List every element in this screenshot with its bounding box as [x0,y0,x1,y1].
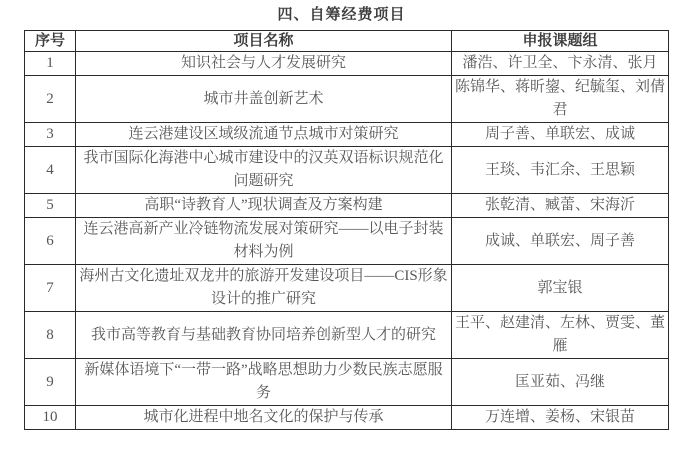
cell-project: 我市高等教育与基础教育协同培养创新型人才的研究 [76,312,452,359]
cell-no: 1 [25,52,76,76]
cell-group: 张乾清、臧蕾、宋海沂 [452,194,669,218]
table-row: 2 城市井盖创新艺术 陈锦华、蒋昕鋆、纪毓玺、刘倩君 [25,76,669,123]
cell-group: 潘浩、许卫全、卞永清、张月 [452,52,669,76]
self-funded-projects-table: 序号 项目名称 申报课题组 1 知识社会与人才发展研究 潘浩、许卫全、卞永清、张… [24,30,669,430]
document-page: 四、自筹经费项目 序号 项目名称 申报课题组 1 知识社会与人才发展研究 潘浩、… [0,0,682,461]
table-row: 4 我市国际化海港中心城市建设中的汉英双语标识规范化问题研究 王琰、韦汇余、王思… [25,147,669,194]
page-title: 四、自筹经费项目 [24,3,659,24]
header-cell-project: 项目名称 [76,31,452,52]
table-row: 1 知识社会与人才发展研究 潘浩、许卫全、卞永清、张月 [25,52,669,76]
cell-group: 万连增、姜杨、宋银苗 [452,406,669,430]
header-cell-no: 序号 [25,31,76,52]
table-row: 8 我市高等教育与基础教育协同培养创新型人才的研究 王平、赵建清、左林、贾雯、董… [25,312,669,359]
cell-no: 9 [25,359,76,406]
cell-no: 6 [25,218,76,265]
cell-group: 王平、赵建清、左林、贾雯、董雁 [452,312,669,359]
cell-project: 连云港建设区域级流通节点城市对策研究 [76,123,452,147]
cell-no: 10 [25,406,76,430]
cell-group: 郭宝银 [452,265,669,312]
cell-project: 高职“诗教育人”现状调查及方案构建 [76,194,452,218]
cell-no: 5 [25,194,76,218]
document-body: 四、自筹经费项目 序号 项目名称 申报课题组 1 知识社会与人才发展研究 潘浩、… [24,0,659,430]
table-row: 7 海州古文化遗址双龙井的旅游开发建设项目——CIS形象设计的推广研究 郭宝银 [25,265,669,312]
cell-project: 知识社会与人才发展研究 [76,52,452,76]
table-row: 5 高职“诗教育人”现状调查及方案构建 张乾清、臧蕾、宋海沂 [25,194,669,218]
cell-no: 7 [25,265,76,312]
cell-no: 8 [25,312,76,359]
cell-group: 周子善、单联宏、成诚 [452,123,669,147]
cell-no: 2 [25,76,76,123]
cell-group: 匡亚茹、冯继 [452,359,669,406]
cell-project: 城市化进程中地名文化的保护与传承 [76,406,452,430]
header-row: 序号 项目名称 申报课题组 [25,31,669,52]
table-row: 9 新媒体语境下“一带一路”战略思想助力少数民族志愿服务 匡亚茹、冯继 [25,359,669,406]
cell-project: 新媒体语境下“一带一路”战略思想助力少数民族志愿服务 [76,359,452,406]
cell-group: 王琰、韦汇余、王思颖 [452,147,669,194]
table-row: 6 连云港高新产业冷链物流发展对策研究——以电子封装材料为例 成诚、单联宏、周子… [25,218,669,265]
cell-no: 3 [25,123,76,147]
cell-group: 成诚、单联宏、周子善 [452,218,669,265]
cell-no: 4 [25,147,76,194]
cell-project: 城市井盖创新艺术 [76,76,452,123]
header-cell-group: 申报课题组 [452,31,669,52]
table-row: 10 城市化进程中地名文化的保护与传承 万连增、姜杨、宋银苗 [25,406,669,430]
cell-project: 连云港高新产业冷链物流发展对策研究——以电子封装材料为例 [76,218,452,265]
cell-project: 我市国际化海港中心城市建设中的汉英双语标识规范化问题研究 [76,147,452,194]
cell-group: 陈锦华、蒋昕鋆、纪毓玺、刘倩君 [452,76,669,123]
table-row: 3 连云港建设区域级流通节点城市对策研究 周子善、单联宏、成诚 [25,123,669,147]
cell-project: 海州古文化遗址双龙井的旅游开发建设项目——CIS形象设计的推广研究 [76,265,452,312]
